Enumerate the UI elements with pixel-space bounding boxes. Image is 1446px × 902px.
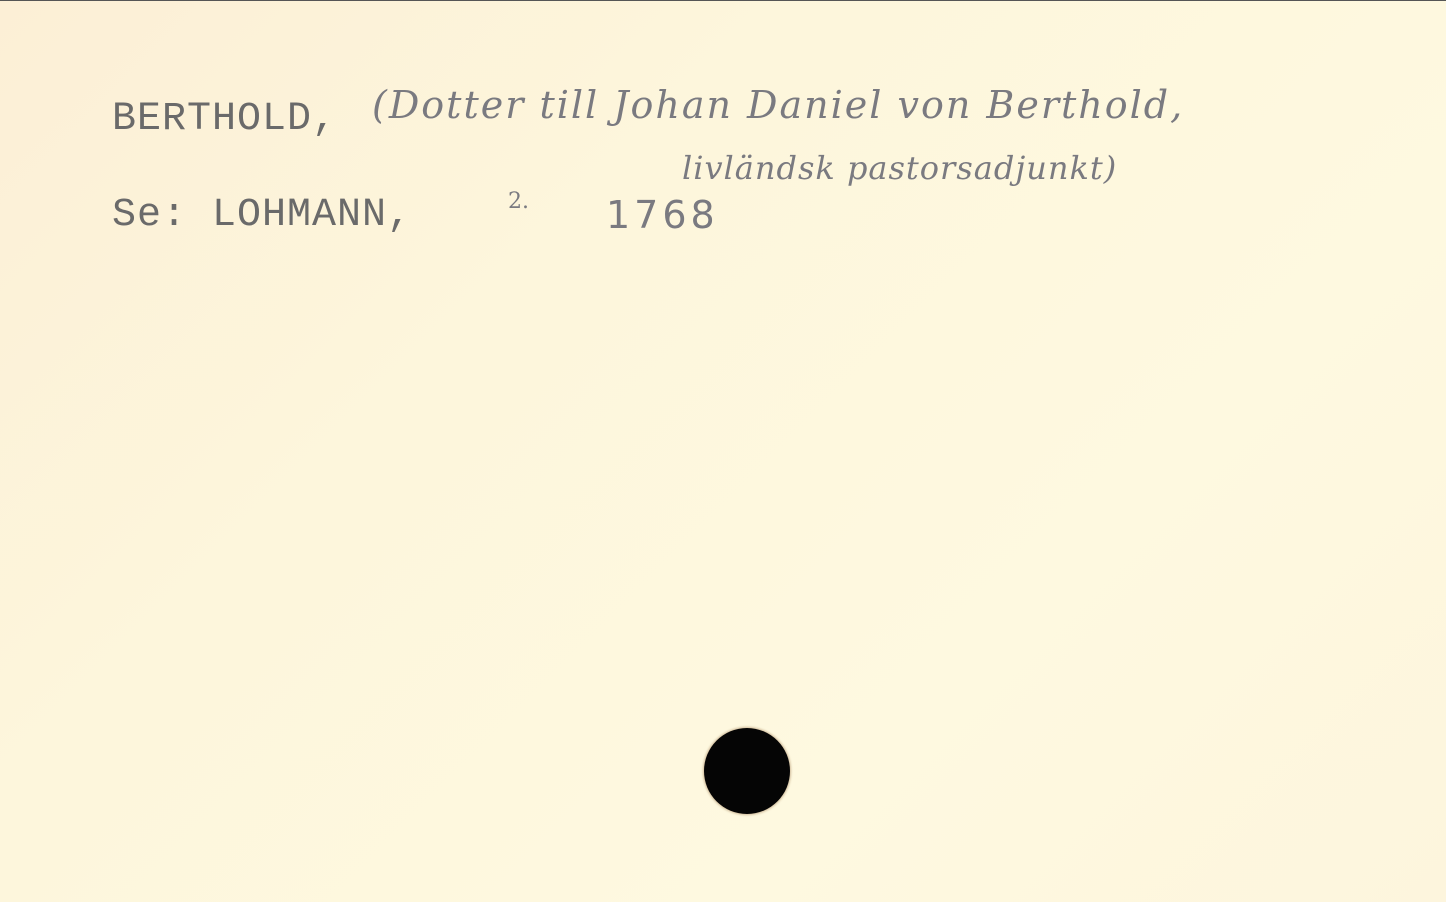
handwritten-number: 2. — [508, 189, 529, 214]
handwritten-note-line-2: livländsk pastorsadjunkt) — [682, 149, 1117, 187]
handwritten-year: 1768 — [606, 193, 719, 237]
handwritten-note-line-1: (Dotter till Johan Daniel von Berthold, — [372, 83, 1184, 127]
index-card: BERTHOLD, (Dotter till Johan Daniel von … — [0, 0, 1446, 902]
punch-hole — [704, 728, 790, 814]
typed-surname: BERTHOLD, — [112, 97, 337, 142]
typed-see-reference: Se: LOHMANN, — [112, 193, 412, 238]
